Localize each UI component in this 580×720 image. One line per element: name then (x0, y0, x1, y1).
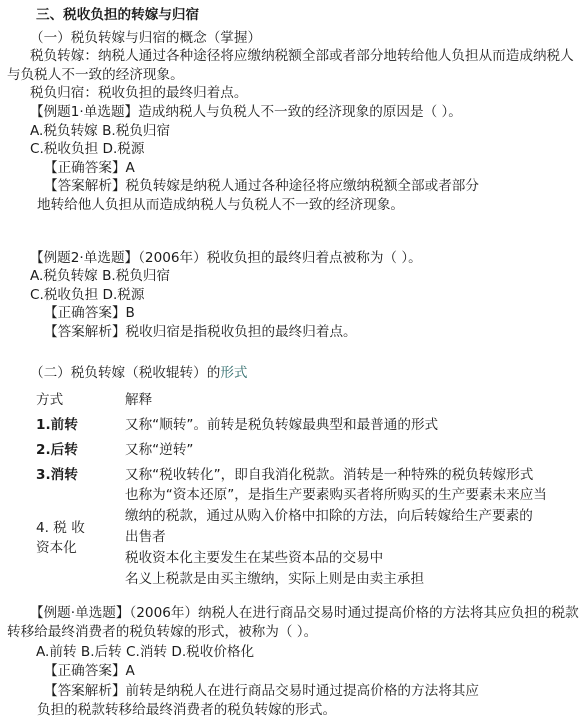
transfer-forms-table: 方式 解释 1.前转 又称“顺转”。前转是税负转嫁最典型和最普通的形式 2.后转… (0, 391, 580, 590)
example3-block: 【例题·单选题】（2006年）纳税人在进行商品交易时通过提高价格的方法将其应负担… (0, 604, 580, 720)
explanation-forward-shift: 又称“顺转”。前转是税负转嫁最典型和最普通的形式 (125, 416, 580, 435)
method-tax-capitalization: 4. 税 收 资本化 (36, 485, 125, 590)
method-backward-shift: 2.后转 (36, 441, 125, 460)
definition-transfer-line1: 税负转嫁：纳税人通过各种途径将应缴纳税额全部或者部分地转给他人负担从而造成纳税人 (0, 47, 580, 66)
example2-analysis: 【答案解析】税收归宿是指税收负担的最终归着点。 (0, 323, 580, 342)
definition-incidence: 税负归宿：税收负担的最终归着点。 (0, 84, 580, 103)
example2-answer: 【正确答案】B (0, 304, 580, 323)
table-row-capitalization: 4. 税 收 资本化 也称为“资本还原”，是指生产要素购买者将所购买的生产要素未… (36, 485, 580, 590)
explanation-tax-capitalization: 也称为“资本还原”，是指生产要素购买者将所购买的生产要素未来应当 缴纳的税款，通… (125, 485, 580, 590)
definition-transfer-line2: 与负税人不一致的经济现象。 (0, 66, 580, 85)
example1-stem: 【例题1·单选题】造成纳税人与负税人不一致的经济现象的原因是（ ）。 (0, 103, 580, 122)
column-header-method: 方式 (36, 391, 125, 410)
example2-options-cd: C.税收负担 D.税源 (0, 286, 580, 305)
example1-analysis-line1: 【答案解析】税负转嫁是纳税人通过各种途径将应缴纳税额全部或者部分 (0, 177, 580, 196)
example2-stem: 【例题2·单选题】（2006年）税收负担的最终归着点被称为（ ）。 (0, 249, 580, 268)
document-page: 三、税收负担的转嫁与归宿 （一）税负转嫁与归宿的概念（掌握） 税负转嫁：纳税人通… (0, 0, 580, 720)
example1-answer: 【正确答案】A (0, 159, 580, 178)
table-header-row: 方式 解释 (36, 391, 580, 410)
capitalization-line3: 出售者 (125, 527, 580, 548)
section1-heading: （一）税负转嫁与归宿的概念（掌握） (0, 29, 580, 48)
example3-analysis-line1: 【答案解析】前转是纳税人在进行商品交易时通过提高价格的方法将其应 (0, 682, 580, 701)
method-tax-capitalization-line2: 资本化 (36, 538, 125, 558)
method-tax-capitalization-line1: 4. 税 收 (36, 518, 125, 538)
table-row: 3.消转 又称“税收转化”，即自我消化税款。消转是一种特殊的税负转嫁形式 (36, 466, 580, 485)
method-diffused-shift: 3.消转 (36, 466, 125, 485)
capitalization-line2: 缴纳的税款，通过从购入价格中扣除的方法，向后转嫁给生产要素的 (125, 506, 580, 527)
example2-block: 【例题2·单选题】（2006年）税收负担的最终归着点被称为（ ）。 A.税负转嫁… (0, 249, 580, 342)
explanation-diffused-shift: 又称“税收转化”，即自我消化税款。消转是一种特殊的税负转嫁形式 (125, 466, 580, 485)
example1-options-cd: C.税收负担 D.税源 (0, 140, 580, 159)
method-forward-shift: 1.前转 (36, 416, 125, 435)
section2-heading: （二）税负转嫁（税收辊转）的形式 (0, 364, 580, 383)
example2-options-ab: A.税负转嫁 B.税负归宿 (0, 267, 580, 286)
capitalization-line4: 税收资本化主要发生在某些资本品的交易中 (125, 548, 580, 569)
example3-options: A.前转 B.后转 C.消转 D.税收价格化 (0, 643, 580, 662)
table-row: 1.前转 又称“顺转”。前转是税负转嫁最典型和最普通的形式 (36, 416, 580, 435)
section2-heading-text: （二）税负转嫁（税收辊转）的 (30, 365, 220, 381)
section2-heading-accent: 形式 (220, 365, 247, 381)
example1-analysis-line2: 地转给他人负担从而造成纳税人与负税人不一致的经济现象。 (0, 196, 580, 215)
example3-stem-line2: 转移给最终消费者的税负转嫁的形式，被称为（ ）。 (0, 623, 580, 642)
table-row: 2.后转 又称“逆转” (36, 441, 580, 460)
main-heading: 三、税收负担的转嫁与归宿 (0, 6, 580, 25)
example1-options-ab: A.税负转嫁 B.税负归宿 (0, 122, 580, 141)
column-header-explanation: 解释 (125, 391, 580, 410)
explanation-backward-shift: 又称“逆转” (125, 441, 580, 460)
example3-answer: 【正确答案】A (0, 662, 580, 681)
example1-block: 【例题1·单选题】造成纳税人与负税人不一致的经济现象的原因是（ ）。 A.税负转… (0, 103, 580, 215)
example3-stem-line1: 【例题·单选题】（2006年）纳税人在进行商品交易时通过提高价格的方法将其应负担… (0, 604, 580, 623)
capitalization-line5: 名义上税款是由买主缴纳，实际上则是由卖主承担 (125, 569, 580, 590)
example3-analysis-line2: 负担的税款转移给最终消费者的税负转嫁的形式。 (0, 701, 580, 720)
capitalization-line1: 也称为“资本还原”，是指生产要素购买者将所购买的生产要素未来应当 (125, 485, 580, 506)
